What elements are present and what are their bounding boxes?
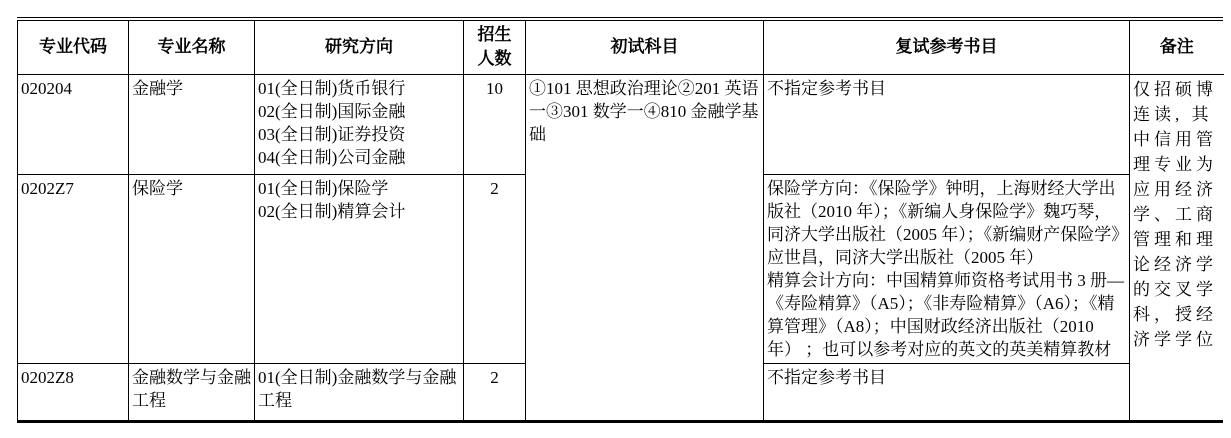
col-header-major-code: 专业代码: [18, 21, 129, 74]
cell-research-directions: 01(全日制)保险学 02(全日制)精算会计: [255, 174, 464, 363]
table-row: 020204 金融学 01(全日制)货币银行 02(全日制)国际金融 03(全日…: [18, 74, 1224, 174]
cell-retest-books: 保险学方向：《保险学》钟明，上海财经大学出版社（2010 年）；《新编人身保险学…: [764, 174, 1130, 363]
cell-major-name: 保险学: [129, 174, 255, 363]
col-header-retest-books: 复试参考书目: [764, 21, 1130, 74]
cell-enrollment: 10: [464, 74, 526, 174]
cell-initial-exam-merged: ①101 思想政治理论②201 英语一③301 数学一④810 金融学基础: [526, 74, 764, 420]
cell-major-code: 0202Z7: [18, 174, 129, 363]
retest-paragraph-actuarial: 精算会计方向：中国精算师资格考试用书 3 册—《寿险精算》（A5）；《非寿险精算…: [767, 269, 1126, 361]
cell-major-name: 金融学: [129, 74, 255, 174]
col-header-initial-exam: 初试科目: [526, 21, 764, 74]
admissions-table: 专业代码 专业名称 研究方向 招生 人数 初试科目 复试参考书目 备注 0202…: [17, 21, 1224, 420]
cell-research-directions: 01(全日制)金融数学与金融工程: [255, 363, 464, 420]
direction-line: 04(全日制)公司金融: [258, 146, 460, 169]
direction-line: 03(全日制)证券投资: [258, 123, 460, 146]
retest-paragraph-insurance: 保险学方向：《保险学》钟明，上海财经大学出版社（2010 年）；《新编人身保险学…: [767, 177, 1126, 269]
header-row: 专业代码 专业名称 研究方向 招生 人数 初试科目 复试参考书目 备注: [18, 21, 1224, 74]
cell-retest-books: 不指定参考书目: [764, 363, 1130, 420]
cell-enrollment: 2: [464, 363, 526, 420]
cell-research-directions: 01(全日制)货币银行 02(全日制)国际金融 03(全日制)证券投资 04(全…: [255, 74, 464, 174]
col-header-major-name: 专业名称: [129, 21, 255, 74]
cell-major-code: 0202Z8: [18, 363, 129, 420]
direction-line: 01(全日制)货币银行: [258, 77, 460, 100]
direction-line: 01(全日制)保险学: [258, 177, 460, 200]
cell-major-code: 020204: [18, 74, 129, 174]
cell-remarks-merged: 仅招硕博连读, 其中信用管理专业为应用经济学、工商管理和理论经济学的交叉学科，授…: [1130, 74, 1224, 420]
cell-enrollment: 2: [464, 174, 526, 363]
col-header-remarks: 备注: [1130, 21, 1224, 74]
admissions-table-container: 专业代码 专业名称 研究方向 招生 人数 初试科目 复试参考书目 备注 0202…: [17, 17, 1223, 423]
cell-major-name: 金融数学与金融工程: [129, 363, 255, 420]
col-header-research-directions: 研究方向: [255, 21, 464, 74]
cell-retest-books: 不指定参考书目: [764, 74, 1130, 174]
direction-line: 02(全日制)国际金融: [258, 100, 460, 123]
direction-line: 02(全日制)精算会计: [258, 200, 460, 223]
direction-line: 01(全日制)金融数学与金融工程: [258, 366, 460, 412]
col-header-enrollment: 招生 人数: [464, 21, 526, 74]
document-page: { "table": { "headers": { "major_code": …: [0, 0, 1231, 438]
